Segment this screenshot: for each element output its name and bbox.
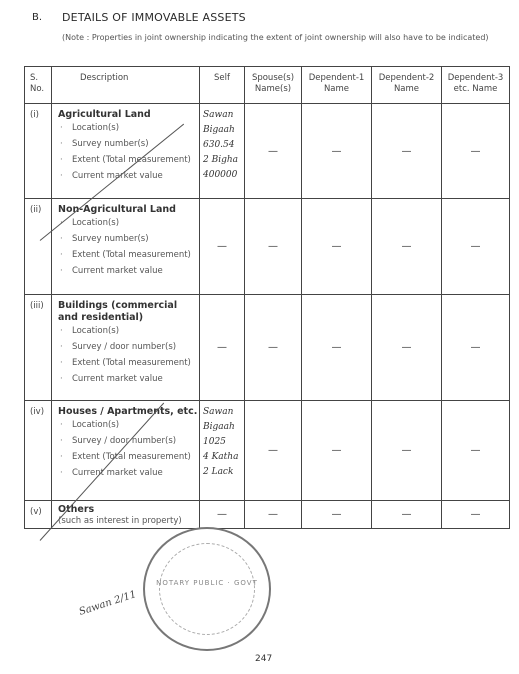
header-dependent-2: Dependent-2 Name xyxy=(372,67,442,104)
self-cell: — xyxy=(200,295,245,401)
self-cell: — xyxy=(200,199,245,295)
row-description: Agricultural Land Location(s) Survey num… xyxy=(52,104,200,199)
dependent-3-cell: — xyxy=(442,104,510,199)
header-row: S. No. Description Self Spouse(s) Name(s… xyxy=(25,67,510,104)
self-handwritten: Sawan Bigaah 1025 4 Katha 2 Lack xyxy=(200,401,245,501)
row-sno: (iv) xyxy=(25,401,52,501)
signature-name: Sawan xyxy=(78,597,114,618)
row-item: Current market value xyxy=(58,468,199,479)
row-item: Extent (Total measurement) xyxy=(58,155,199,166)
row-category: Others xyxy=(58,504,199,516)
table-row: (ii) Non-Agricultural Land Location(s) S… xyxy=(25,199,510,295)
section-title: DETAILS OF IMMOVABLE ASSETS xyxy=(62,11,246,24)
header-spouse: Spouse(s) Name(s) xyxy=(245,67,302,104)
hw-extent: 4 Katha xyxy=(203,450,244,465)
spouse-cell: — xyxy=(245,199,302,295)
dependent-2-cell: — xyxy=(372,501,442,529)
hw-value: 400000 xyxy=(203,168,244,183)
notary-stamp: NOTARY PUBLIC · GOVT xyxy=(143,527,271,651)
row-category: Houses / Apartments, etc. xyxy=(58,406,199,418)
row-category: Buildings (commercial and residential) xyxy=(58,300,199,324)
row-item: Location(s) xyxy=(58,326,199,337)
signature: Sawan 2/11 xyxy=(78,589,138,618)
dependent-3-cell: — xyxy=(442,401,510,501)
dependent-3-cell: — xyxy=(442,501,510,529)
table-row: (iv) Houses / Apartments, etc. Location(… xyxy=(25,401,510,501)
spouse-cell: — xyxy=(245,104,302,199)
section-letter: B. xyxy=(32,12,42,23)
row-sno: (iii) xyxy=(25,295,52,401)
dependent-2-cell: — xyxy=(372,401,442,501)
header-sno: S. No. xyxy=(25,67,52,104)
hw-extent: 2 Bigha xyxy=(203,153,244,168)
table-row: (v) Others (such as interest in property… xyxy=(25,501,510,529)
hw-value: 2 Lack xyxy=(203,465,244,480)
row-item: Survey / door number(s) xyxy=(58,342,199,353)
hw-location: Sawan Bigaah xyxy=(203,405,244,435)
hw-survey: 630.54 xyxy=(203,138,244,153)
header-dependent-3: Dependent-3 etc. Name xyxy=(442,67,510,104)
row-description: Buildings (commercial and residential) L… xyxy=(52,295,200,401)
stamp-text: NOTARY PUBLIC · GOVT xyxy=(145,579,269,587)
row-sno: (i) xyxy=(25,104,52,199)
dependent-3-cell: — xyxy=(442,295,510,401)
dependent-3-cell: — xyxy=(442,199,510,295)
row-sno: (ii) xyxy=(25,199,52,295)
section-note: (Note : Properties in joint ownership in… xyxy=(62,32,514,44)
spouse-cell: — xyxy=(245,501,302,529)
self-cell: — xyxy=(200,501,245,529)
dependent-1-cell: — xyxy=(302,401,372,501)
row-subtitle: (such as interest in property) xyxy=(58,516,199,527)
page-number: 247 xyxy=(255,654,272,664)
row-item: Extent (Total measurement) xyxy=(58,250,199,261)
hw-location: Sawan Bigaah xyxy=(203,108,244,138)
row-item: Location(s) xyxy=(58,420,199,431)
dependent-2-cell: — xyxy=(372,104,442,199)
row-sno: (v) xyxy=(25,501,52,529)
self-handwritten: Sawan Bigaah 630.54 2 Bigha 400000 xyxy=(200,104,245,199)
stamp-inner-ring xyxy=(159,543,255,635)
header-description: Description xyxy=(52,67,200,104)
dependent-2-cell: — xyxy=(372,199,442,295)
immovable-assets-table: S. No. Description Self Spouse(s) Name(s… xyxy=(24,66,510,529)
row-item: Current market value xyxy=(58,266,199,277)
dependent-1-cell: — xyxy=(302,199,372,295)
hw-survey: 1025 xyxy=(203,435,244,450)
dependent-1-cell: — xyxy=(302,501,372,529)
row-item: Current market value xyxy=(58,171,199,182)
row-item: Survey number(s) xyxy=(58,139,199,150)
row-item: Current market value xyxy=(58,374,199,385)
table-row: (iii) Buildings (commercial and resident… xyxy=(25,295,510,401)
row-item: Survey number(s) xyxy=(58,234,199,245)
table-row: (i) Agricultural Land Location(s) Survey… xyxy=(25,104,510,199)
row-item: Extent (Total measurement) xyxy=(58,358,199,369)
row-item: Location(s) xyxy=(58,218,199,229)
dependent-1-cell: — xyxy=(302,104,372,199)
row-category: Non-Agricultural Land xyxy=(58,204,199,216)
row-description: Houses / Apartments, etc. Location(s) Su… xyxy=(52,401,200,501)
row-description: Others (such as interest in property) xyxy=(52,501,200,529)
spouse-cell: — xyxy=(245,401,302,501)
dependent-2-cell: — xyxy=(372,295,442,401)
spouse-cell: — xyxy=(245,295,302,401)
row-item: Extent (Total measurement) xyxy=(58,452,199,463)
header-self: Self xyxy=(200,67,245,104)
signature-date: 2/11 xyxy=(113,589,138,606)
row-category: Agricultural Land xyxy=(58,109,199,121)
header-dependent-1: Dependent-1 Name xyxy=(302,67,372,104)
dependent-1-cell: — xyxy=(302,295,372,401)
